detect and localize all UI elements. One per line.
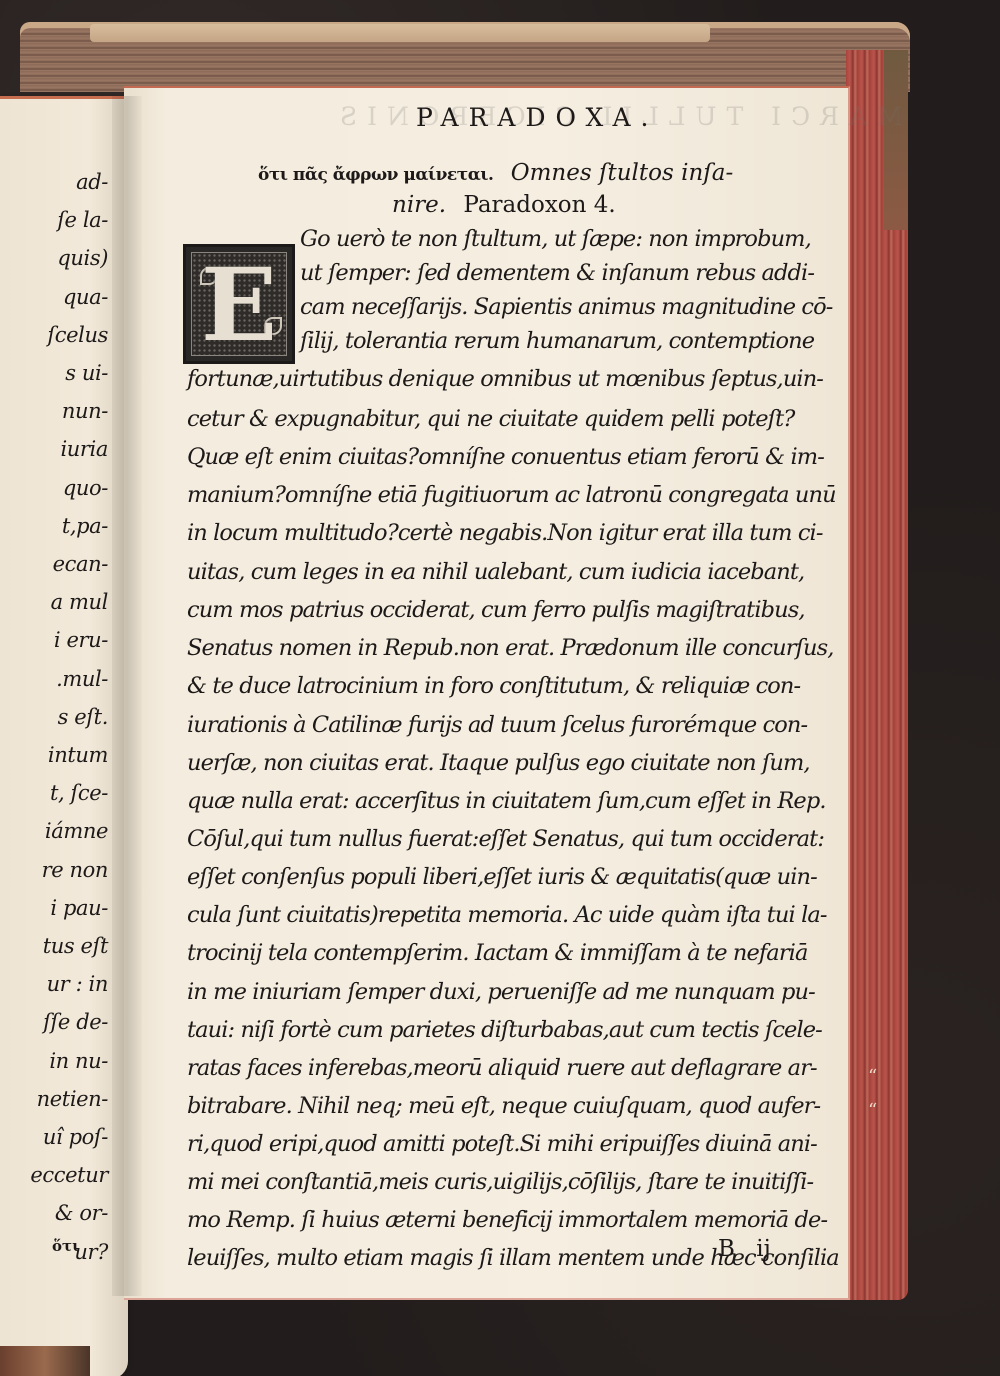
fore-edge-shade — [884, 50, 908, 230]
decorated-drop-cap: E — [183, 244, 295, 364]
text-line: ſilij, tolerantia rerum humanarum, conte… — [300, 326, 847, 356]
left-text-fragment: eccetur — [0, 1163, 108, 1187]
text-line: eſſet conſenſus populi liberi,eſſet iuri… — [187, 862, 847, 892]
paradox-title-line-1: ὅτι πᾶς ἄφρων μαίνεται. Omnes ſtultos in… — [258, 160, 733, 186]
book-binding-bottom — [0, 1346, 90, 1376]
left-text-fragment: iuria — [0, 437, 108, 461]
book-top-page-edges — [20, 22, 910, 92]
text-line: uerſæ, non ciuitas erat. Itaque pulſus e… — [187, 748, 847, 778]
text-line: uitas, cum leges in ea nihil ualebant, c… — [187, 557, 847, 587]
text-line: bitrabare. Nihil neq; meū eſt, neque cui… — [187, 1091, 847, 1121]
left-text-fragment: iámne — [0, 819, 108, 843]
text-line: trocinij tela contempſerim. Iactam & imm… — [187, 938, 847, 968]
text-line: ut ſemper: ſed dementem & inſanum rebus … — [300, 258, 847, 288]
left-text-fragment: tus eſt — [0, 934, 108, 958]
left-text-fragment: quo- — [0, 476, 108, 500]
left-text-fragment: t, ſce- — [0, 781, 108, 805]
latin-title-part2: nire. — [392, 192, 446, 218]
text-line: iurationis à Catilinæ furijs ad tuum ſce… — [187, 710, 847, 740]
left-text-fragment: ecan- — [0, 552, 108, 576]
running-head: PARADOXA. — [416, 103, 658, 132]
text-line: manium?omníſne etiā fugitiuorum ac latro… — [187, 480, 847, 510]
left-text-fragment: ſe la- — [0, 208, 108, 232]
text-line: fortunæ,uirtutibus denique omnibus ut mœ… — [187, 364, 847, 394]
text-line: cum mos patrius occiderat, cum ferro pul… — [187, 595, 847, 625]
left-text-fragment: nun- — [0, 399, 108, 423]
left-text-fragment: t,pa- — [0, 514, 108, 538]
text-line: mo Remp. ſi huius æterni beneficij immor… — [187, 1205, 847, 1235]
left-text-fragment: uî poſ- — [0, 1125, 108, 1149]
latin-title-part1: Omnes ſtultos inſa- — [511, 160, 734, 186]
left-text-fragment: ur : in — [0, 972, 108, 996]
signature-mark: B ij — [718, 1236, 771, 1262]
text-line: in me iniuriam ſemper duxi, perueniſſe a… — [187, 977, 847, 1007]
left-text-fragment: s eſt. — [0, 705, 108, 729]
margin-quote-mark: “ — [868, 1066, 877, 1087]
text-line: Senatus nomen in Repub.non erat. Prædonu… — [187, 633, 847, 663]
left-text-fragment: s ui- — [0, 361, 108, 385]
left-text-fragment: intum — [0, 743, 108, 767]
left-text-fragment: quis) — [0, 246, 108, 270]
margin-quote-mark: “ — [868, 1100, 877, 1121]
left-text-fragment: netien- — [0, 1087, 108, 1111]
left-text-fragment: qua- — [0, 285, 108, 309]
text-line: Go uerò te non ſtultum, ut ſæpe: non imp… — [300, 224, 847, 254]
left-text-fragment: .mul- — [0, 667, 108, 691]
paradoxon-number: Paradoxon 4. — [463, 192, 615, 218]
text-line: cam neceſſarijs. Sapientis animus magnit… — [300, 292, 847, 322]
left-text-fragment: & or- — [0, 1201, 108, 1225]
text-line: Quæ eſt enim ciuitas?omníſne conuentus e… — [187, 442, 847, 472]
text-line: Cōſul,qui tum nullus fuerat:eſſet Senatu… — [187, 824, 847, 854]
text-line: cula ſunt ciuitatis)repetita memoria. Ac… — [187, 900, 847, 930]
drop-cap-letter: E — [186, 251, 292, 359]
text-line: & te duce latrocinium in foro conſtitutu… — [187, 671, 847, 701]
text-line: in locum multitudo?certè negabis.Non igi… — [187, 518, 847, 548]
greek-title: ὅτι πᾶς ἄφρων μαίνεται. — [258, 165, 493, 185]
left-text-fragment: i eru- — [0, 628, 108, 652]
text-line: quæ nulla erat: accerſitus in ciuitatem … — [187, 786, 847, 816]
gutter-shadow — [112, 96, 142, 1296]
text-line: ri,quod eripi,quod amitti poteſt.Si mihi… — [187, 1129, 847, 1159]
left-text-fragment: ad- — [0, 170, 108, 194]
edge-highlight — [90, 24, 710, 42]
left-catchword: ὅτι — [52, 1237, 79, 1255]
text-line: cetur & expugnabitur, qui ne ciuitate qu… — [187, 404, 847, 434]
text-line: taui: niſi fortè cum parietes diſturbaba… — [187, 1015, 847, 1045]
left-text-fragment: re non — [0, 858, 108, 882]
left-text-fragment: in nu- — [0, 1049, 108, 1073]
text-line: ratas faces inferebas,meorū aliquid ruer… — [187, 1053, 847, 1083]
left-text-fragment: a mul — [0, 590, 108, 614]
paradox-title-line-2: nire. Paradoxon 4. — [392, 192, 616, 218]
left-text-fragment: ſſe de- — [0, 1010, 108, 1034]
left-text-fragment: i pau- — [0, 896, 108, 920]
text-line: mi mei conſtantiā,meis curis,uigilijs,cō… — [187, 1167, 847, 1197]
left-text-fragment: ſcelus — [0, 323, 108, 347]
